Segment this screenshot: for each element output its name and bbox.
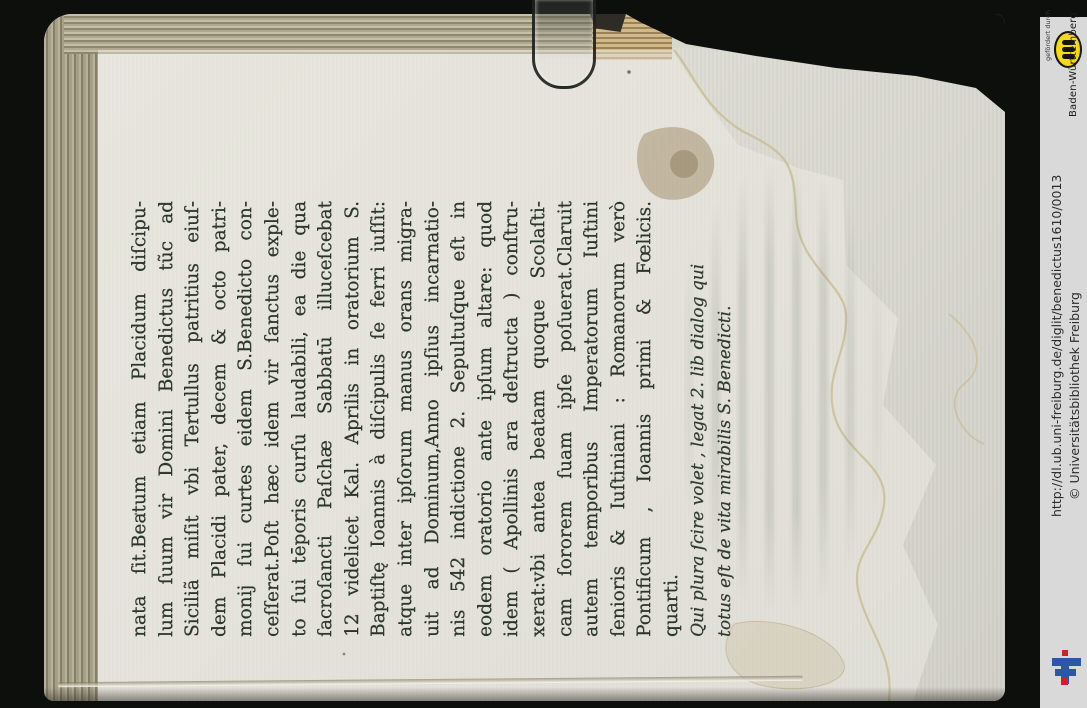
funding-label: gefördert durch bbox=[1044, 10, 1052, 61]
text-line: Baptiſtę Ioannis à diſcipulis ſe ferri i… bbox=[366, 201, 393, 637]
text-line: autem temporibus Imperatorum Iuſtini bbox=[579, 201, 606, 637]
ub-freiburg-logo-icon bbox=[1049, 650, 1083, 690]
text-line: monij ſui curtes eidem S.Benedicto con- bbox=[233, 201, 260, 637]
text-line: idem ( Apollinis ara deſtructa ) conſtru… bbox=[499, 201, 526, 637]
logo-blue-bar bbox=[1055, 669, 1076, 676]
text-line: quarti. bbox=[659, 201, 686, 637]
text-line: xerat:vbi antea beatam quoque Scolaſti- bbox=[526, 201, 553, 637]
book-page-photo: nata ſit.Beatum etiam Placidum diſcipu- … bbox=[44, 14, 1005, 701]
text-line: to ſui tēporis curſu laudabili, ea die q… bbox=[287, 201, 314, 637]
bottom-edge-shadow bbox=[44, 687, 1005, 701]
text-line-italic: totus eſt de vita mirabilis S. Benedicti… bbox=[712, 201, 739, 637]
text-line: uit ad Dominum,Anno ipſius incarnatio- bbox=[420, 201, 447, 637]
logo-red-square bbox=[1062, 650, 1068, 656]
text-line-italic: Qui plura ſcire volet , legat 2. lib dia… bbox=[685, 201, 712, 637]
text-line: 12 videlicet Kal. Aprilis in oratorium S… bbox=[340, 201, 367, 637]
text-line: ceſſerat.Poſt hæc idem vir ſanctus exple… bbox=[260, 201, 287, 637]
logo-red-square bbox=[1061, 678, 1068, 685]
document-url: http://dl.ub.uni-freiburg.de/diglit/bene… bbox=[1049, 175, 1064, 517]
text-line: ſenioris & Iuſtiniani : Romanorum verò bbox=[606, 201, 633, 637]
printed-text-block: nata ſit.Beatum etiam Placidum diſcipu- … bbox=[127, 201, 739, 637]
text-line: nata ſit.Beatum etiam Placidum diſcipu- bbox=[127, 201, 154, 637]
book-clamp bbox=[532, 0, 596, 89]
text-line: atque inter ipſorum manus orans migra- bbox=[393, 201, 420, 637]
text-line: Siciliã miſit vbi Tertullus patritius ei… bbox=[180, 201, 207, 637]
text-line: eodem oratorio ante ipſum altare: quod bbox=[473, 201, 500, 637]
text-line: cam ſororem ſuam ipſe poſuerat.Claruit bbox=[553, 201, 580, 637]
copyright-line: © Universitätsbibliothek Freiburg bbox=[1067, 292, 1082, 500]
text-line: Pontificum , Ioannis primi & Fœlicis. bbox=[632, 201, 659, 637]
scan-canvas: nata ſit.Beatum etiam Placidum diſcipu- … bbox=[0, 0, 1087, 708]
text-line: dem Placidi pater, decem & octo patri- bbox=[207, 201, 234, 637]
funding-region-label: Baden-Württemberg bbox=[1068, 12, 1079, 117]
library-sidebar: gefördert durch Baden-Württemberg http:/… bbox=[1040, 17, 1087, 708]
text-line: nis 542 indictione 2. Sepultuſque eſt in bbox=[446, 201, 473, 637]
text-line: ſacroſancti Paſchæ Sabbatū illuceſcebat bbox=[313, 201, 340, 637]
text-line: lum ſuum vir Domini Benedictus tũc ad bbox=[154, 201, 181, 637]
